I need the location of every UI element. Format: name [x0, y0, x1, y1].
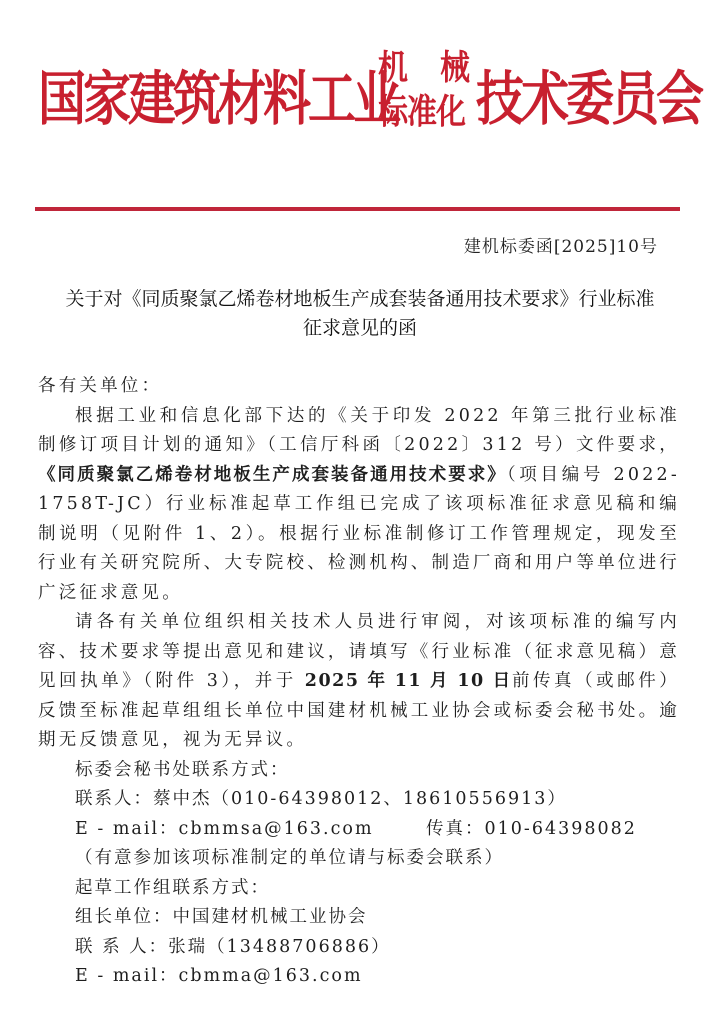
letterhead-org-name-left: 国家建筑材料工业	[38, 70, 398, 129]
secretariat-contact: 联系人：蔡中杰（010-64398012、18610556913）	[38, 785, 680, 815]
letterhead: 国家建筑材料工业 机 械 标准化 技术委员会	[0, 0, 718, 220]
drafting-group-leader-unit: 组长单位：中国建材机械工业协会	[38, 903, 680, 933]
secretariat-email: E - mail：cbmmsa@163.com	[75, 819, 374, 839]
letterhead-middle-top: 机 械	[378, 52, 470, 87]
secretariat-heading: 标委会秘书处联系方式：	[38, 756, 680, 786]
letterhead-middle-char-2: 械	[440, 52, 470, 87]
salutation: 各有关单位：	[38, 372, 680, 402]
letterhead-red-rule	[35, 207, 680, 211]
letterhead-middle-bottom: 标准化	[378, 96, 470, 131]
document-title: 关于对《同质聚氯乙烯卷材地板生产成套装备通用技术要求》行业标准 征求意见的函	[30, 285, 690, 343]
letterhead-org-name-middle: 机 械 标准化	[378, 52, 470, 126]
secretariat-fax: 传真：010-64398082	[426, 815, 637, 845]
document-body: 各有关单位： 根据工业和信息化部下达的《关于印发 2022 年第三批行业标准制修…	[38, 372, 680, 992]
paragraph-1: 根据工业和信息化部下达的《关于印发 2022 年第三批行业标准制修订项目计划的通…	[38, 402, 680, 609]
letterhead-org-name-right: 技术委员会	[476, 70, 701, 129]
drafting-group-email: E - mail：cbmma@163.com	[38, 962, 680, 992]
drafting-group-heading: 起草工作组联系方式：	[38, 874, 680, 904]
paragraph-1-standard-name: 《同质聚氯乙烯卷材地板生产成套装备通用技术要求》	[38, 465, 507, 485]
document-number: 建机标委函[2025]10号	[464, 232, 658, 257]
document-title-line-1: 关于对《同质聚氯乙烯卷材地板生产成套装备通用技术要求》行业标准	[30, 285, 690, 314]
drafting-group-contact: 联 系 人：张瑞（13488706886）	[38, 933, 680, 963]
paragraph-2-deadline: 2025 年 11 月 10 日	[297, 671, 512, 691]
secretariat-note: （有意参加该项标准制定的单位请与标委会联系）	[38, 844, 680, 874]
document-title-line-2: 征求意见的函	[30, 314, 690, 343]
letterhead-middle-char-1: 机	[378, 52, 408, 87]
secretariat-email-fax-row: E - mail：cbmmsa@163.com 传真：010-64398082	[38, 815, 680, 845]
paragraph-2: 请各有关单位组织相关技术人员进行审阅，对该项标准的编写内容、技术要求等提出意见和…	[38, 608, 680, 756]
paragraph-1-text-b: （项目编号 2022-1758T-JC）行业标准起草工作组已完成了该项标准征求意…	[38, 465, 680, 603]
paragraph-1-text-a: 根据工业和信息化部下达的《关于印发 2022 年第三批行业标准制修订项目计划的通…	[38, 406, 680, 456]
